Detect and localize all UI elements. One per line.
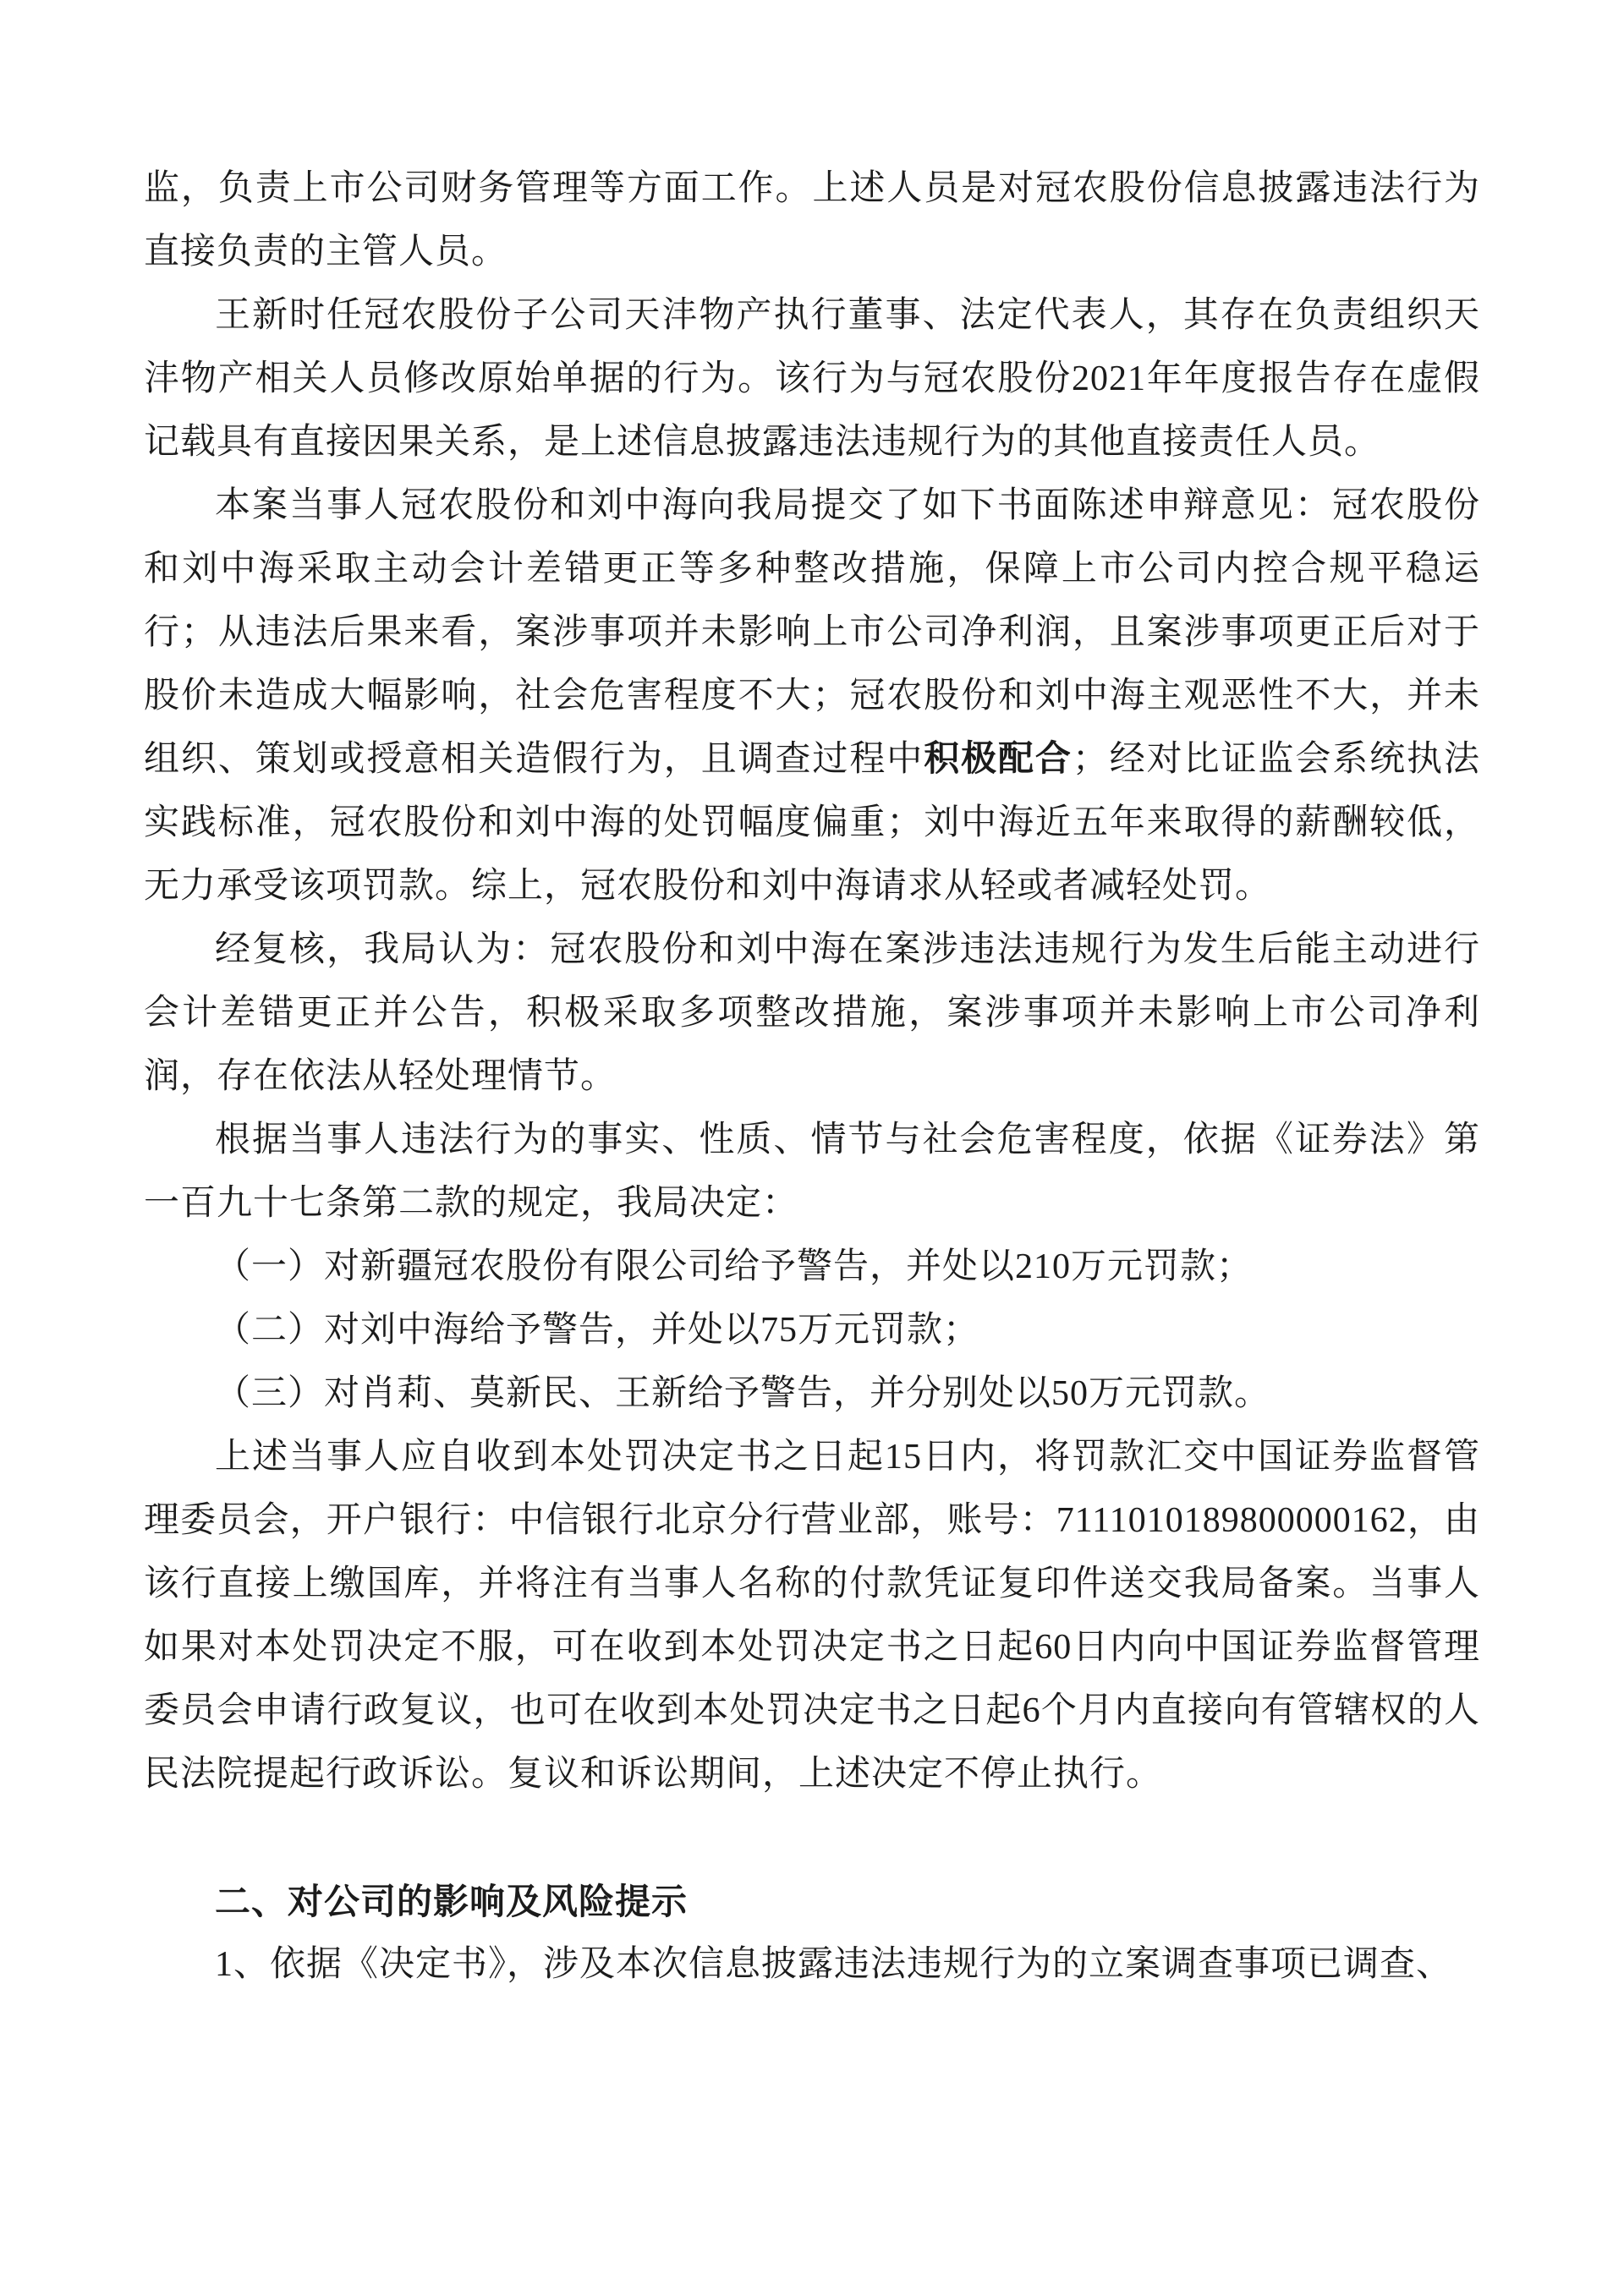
section-heading-impact-risk: 二、对公司的影响及风险提示 [144, 1870, 1480, 1933]
paragraph-defense-statement: 本案当事人冠农股份和刘中海向我局提交了如下书面陈述申辩意见：冠农股份和刘中海采取… [144, 474, 1480, 918]
paragraph-responsible-supervisors: 监，负责上市公司财务管理等方面工作。上述人员是对冠农股份信息披露违法行为直接负责… [144, 157, 1480, 284]
defense-statement-text-bold: 积极配合 [924, 740, 1073, 779]
paragraph-legal-basis: 根据当事人违法行为的事实、性质、情节与社会危害程度，依据《证券法》第一百九十七条… [144, 1109, 1480, 1236]
document-page: 监，负责上市公司财务管理等方面工作。上述人员是对冠农股份信息披露违法行为直接负责… [0, 0, 1624, 2296]
decision-item-company-fine: （一）对新疆冠农股份有限公司给予警告，并处以210万元罚款； [144, 1236, 1480, 1299]
paragraph-impact-item-1: 1、依据《决定书》，涉及本次信息披露违法违规行为的立案调查事项已调查、 [144, 1933, 1480, 1997]
paragraph-review-conclusion: 经复核，我局认为：冠农股份和刘中海在案涉违法违规行为发生后能主动进行会计差错更正… [144, 918, 1480, 1109]
paragraph-wangxin-liability: 王新时任冠农股份子公司天沣物产执行董事、法定代表人，其存在负责组织天沣物产相关人… [144, 284, 1480, 474]
decision-item-others-fine: （三）对肖莉、莫新民、王新给予警告，并分别处以50万元罚款。 [144, 1362, 1480, 1426]
defense-statement-text-pre: 本案当事人冠农股份和刘中海向我局提交了如下书面陈述申辩意见：冠农股份和刘中海采取… [144, 486, 1480, 779]
decision-item-liuzhonghai-fine: （二）对刘中海给予警告，并处以75万元罚款； [144, 1299, 1480, 1362]
paragraph-payment-and-appeal: 上述当事人应自收到本处罚决定书之日起15日内，将罚款汇交中国证券监督管理委员会，… [144, 1426, 1480, 1806]
